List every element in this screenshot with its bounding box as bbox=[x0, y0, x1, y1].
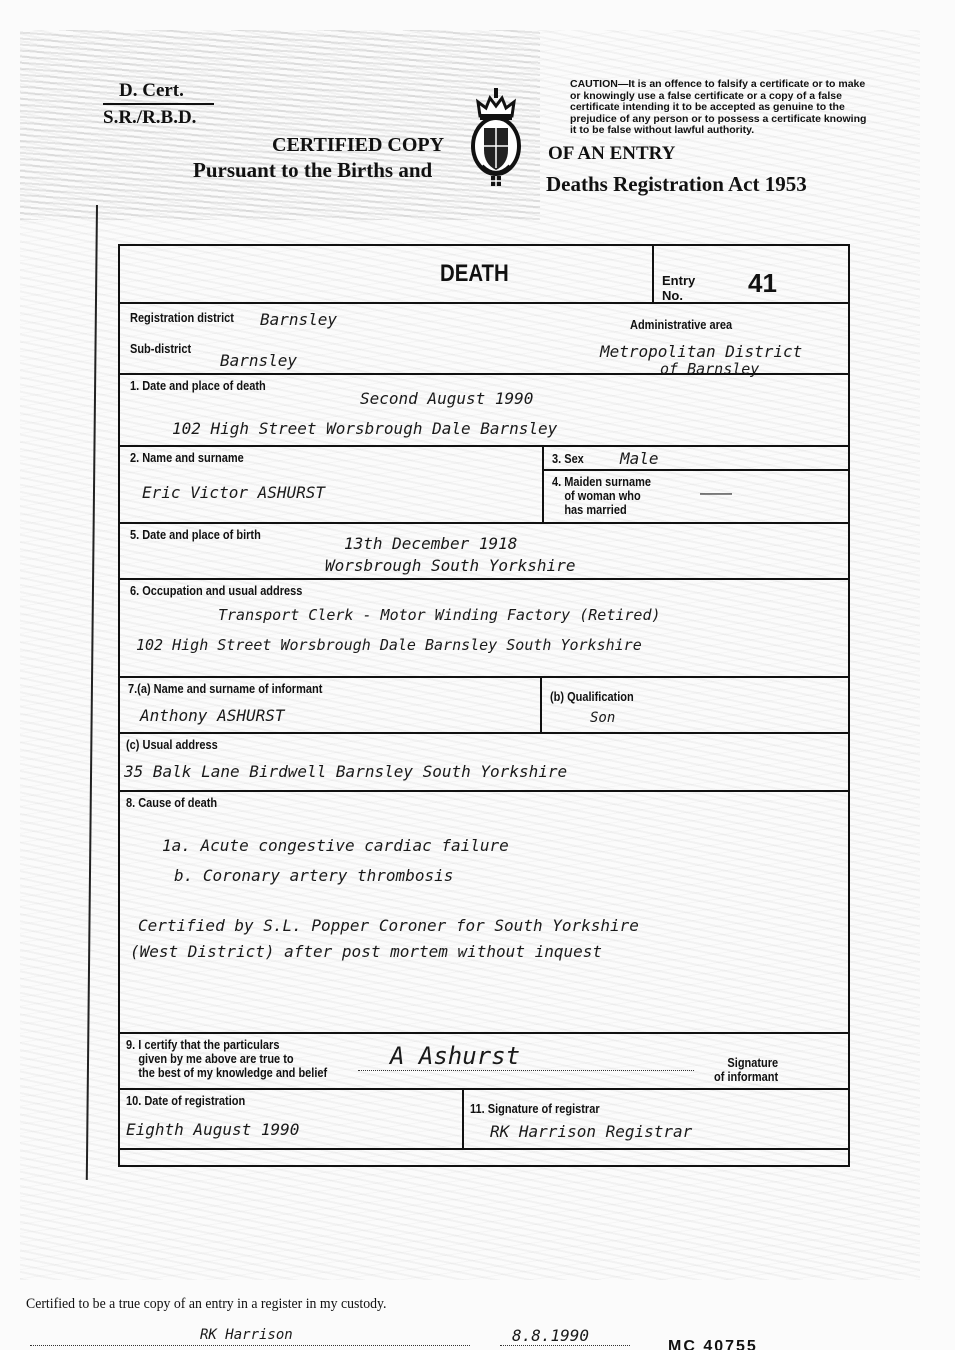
divider bbox=[542, 447, 544, 522]
informant-address-row: (c) Usual address 35 Balk Lane Birdwell … bbox=[120, 734, 848, 792]
occupation-value: Transport Clerk - Motor Winding Factory … bbox=[218, 606, 661, 624]
certifier-signature: RK Harrison bbox=[200, 1327, 293, 1343]
certifier-signature-line bbox=[30, 1345, 470, 1346]
maiden-surname-label: 4. Maiden surname of woman who has marri… bbox=[552, 475, 651, 517]
certify-line1: 9. I certify that the particulars bbox=[126, 1038, 327, 1052]
informant-address-label: (c) Usual address bbox=[126, 738, 218, 752]
occupation-label: 6. Occupation and usual address bbox=[130, 584, 302, 598]
certification-date: 8.8.1990 bbox=[512, 1326, 589, 1345]
date-of-death: Second August 1990 bbox=[360, 389, 533, 408]
title-of-an-entry: OF AN ENTRY bbox=[548, 143, 675, 165]
place-of-birth: Worsbrough South Yorkshire bbox=[325, 556, 575, 575]
informant-signature: A Ashurst bbox=[390, 1042, 520, 1070]
qualification-value: Son bbox=[590, 710, 615, 726]
registration-district-label: Registration district bbox=[130, 311, 234, 325]
name-label: 2. Name and surname bbox=[130, 451, 244, 465]
divider bbox=[652, 246, 654, 302]
administrative-area-label: Administrative area bbox=[630, 318, 732, 332]
cause-1b: b. Coronary artery thrombosis bbox=[174, 866, 453, 885]
registration-row: 10. Date of registration Eighth August 1… bbox=[120, 1090, 848, 1150]
registration-date: Eighth August 1990 bbox=[126, 1120, 299, 1139]
place-of-death: 102 High Street Worsbrough Dale Barnsley bbox=[172, 419, 557, 438]
certification-date-line bbox=[500, 1345, 630, 1346]
informant-name: Anthony ASHURST bbox=[140, 706, 285, 725]
date-of-birth: 13th December 1918 bbox=[344, 534, 517, 553]
birth-row: 5. Date and place of birth 13th December… bbox=[120, 524, 848, 580]
certificate-serial: MC 40755 bbox=[668, 1338, 758, 1350]
caution-notice: CAUTION—It is an offence to falsify a ce… bbox=[570, 79, 870, 137]
sub-district-value: Barnsley bbox=[220, 351, 297, 370]
name-row: 2. Name and surname Eric Victor ASHURST … bbox=[120, 447, 848, 524]
watermark-pattern-header bbox=[20, 30, 540, 220]
entry-label-line1: Entry bbox=[662, 273, 695, 288]
entry-label-line2: No. bbox=[662, 288, 695, 303]
signature-label-line1: Signature bbox=[714, 1056, 778, 1070]
registration-date-label: 10. Date of registration bbox=[126, 1094, 245, 1108]
divider bbox=[544, 469, 848, 471]
cause-of-death-row: 8. Cause of death 1a. Acute congestive c… bbox=[120, 792, 848, 1034]
maiden-label-line2: of woman who bbox=[552, 489, 651, 503]
certify-statement: 9. I certify that the particulars given … bbox=[126, 1038, 327, 1080]
title-certified-copy: CERTIFIED COPY bbox=[272, 134, 444, 157]
registrar-signature-label: 11. Signature of registrar bbox=[470, 1102, 600, 1116]
certify-line2: given by me above are true to bbox=[126, 1052, 327, 1066]
title-pursuant: Pursuant to the Births and bbox=[193, 158, 432, 183]
informant-certify-row: 9. I certify that the particulars given … bbox=[120, 1034, 848, 1090]
registration-district-value: Barnsley bbox=[260, 310, 337, 329]
form-heading-row: DEATH Entry No. 41 bbox=[120, 246, 848, 304]
administrative-area-value-line1: Metropolitan District bbox=[600, 342, 802, 361]
death-entry-form: DEATH Entry No. 41 Registration district… bbox=[118, 244, 850, 1167]
certified-by-line2: (West District) after post mortem withou… bbox=[130, 942, 602, 961]
signature-of-informant-label: Signature of informant bbox=[714, 1056, 778, 1084]
title-act: Deaths Registration Act 1953 bbox=[546, 172, 807, 197]
birth-label: 5. Date and place of birth bbox=[130, 528, 261, 542]
sub-district-label: Sub-district bbox=[130, 342, 191, 356]
entry-number: 41 bbox=[748, 268, 777, 299]
qualification-label: (b) Qualification bbox=[550, 690, 634, 704]
form-heading: DEATH bbox=[440, 260, 509, 288]
occupation-row: 6. Occupation and usual address Transpor… bbox=[120, 580, 848, 678]
certify-line3: the best of my knowledge and belief bbox=[126, 1066, 327, 1080]
divider bbox=[540, 678, 542, 732]
usual-address-value: 102 High Street Worsbrough Dale Barnsley… bbox=[136, 636, 642, 654]
cause-1a: 1a. Acute congestive cardiac failure bbox=[162, 836, 509, 855]
cause-label: 8. Cause of death bbox=[126, 796, 217, 810]
signature-label-line2: of informant bbox=[714, 1070, 778, 1084]
form-code-label: D. Cert. bbox=[103, 80, 214, 105]
royal-coat-of-arms-icon bbox=[470, 88, 522, 190]
fold-margin-rule bbox=[86, 205, 98, 1180]
informant-row: 7.(a) Name and surname of informant Anth… bbox=[120, 678, 848, 734]
maiden-surname-value: —— bbox=[700, 485, 732, 503]
registrar-signature: RK Harrison Registrar bbox=[490, 1122, 692, 1141]
sex-value: Male bbox=[620, 449, 659, 468]
divider bbox=[462, 1090, 464, 1148]
date-place-death-label: 1. Date and place of death bbox=[130, 379, 266, 393]
certified-by-line1: Certified by S.L. Popper Coroner for Sou… bbox=[138, 916, 639, 935]
certification-statement: Certified to be a true copy of an entry … bbox=[26, 1296, 386, 1313]
death-date-place-row: 1. Date and place of death Second August… bbox=[120, 375, 848, 447]
form-code: D. Cert. S.R./R.B.D. bbox=[103, 80, 214, 129]
form-series-label: S.R./R.B.D. bbox=[103, 105, 214, 129]
signature-line bbox=[358, 1070, 694, 1071]
deceased-name: Eric Victor ASHURST bbox=[142, 483, 325, 502]
informant-address-value: 35 Balk Lane Birdwell Barnsley South Yor… bbox=[124, 762, 567, 781]
entry-label: Entry No. bbox=[662, 273, 695, 303]
informant-label: 7.(a) Name and surname of informant bbox=[128, 682, 322, 696]
maiden-label-line1: 4. Maiden surname bbox=[552, 475, 651, 489]
district-row: Registration district Barnsley Administr… bbox=[120, 304, 848, 375]
sex-label: 3. Sex bbox=[552, 452, 584, 466]
maiden-label-line3: has married bbox=[552, 503, 651, 517]
